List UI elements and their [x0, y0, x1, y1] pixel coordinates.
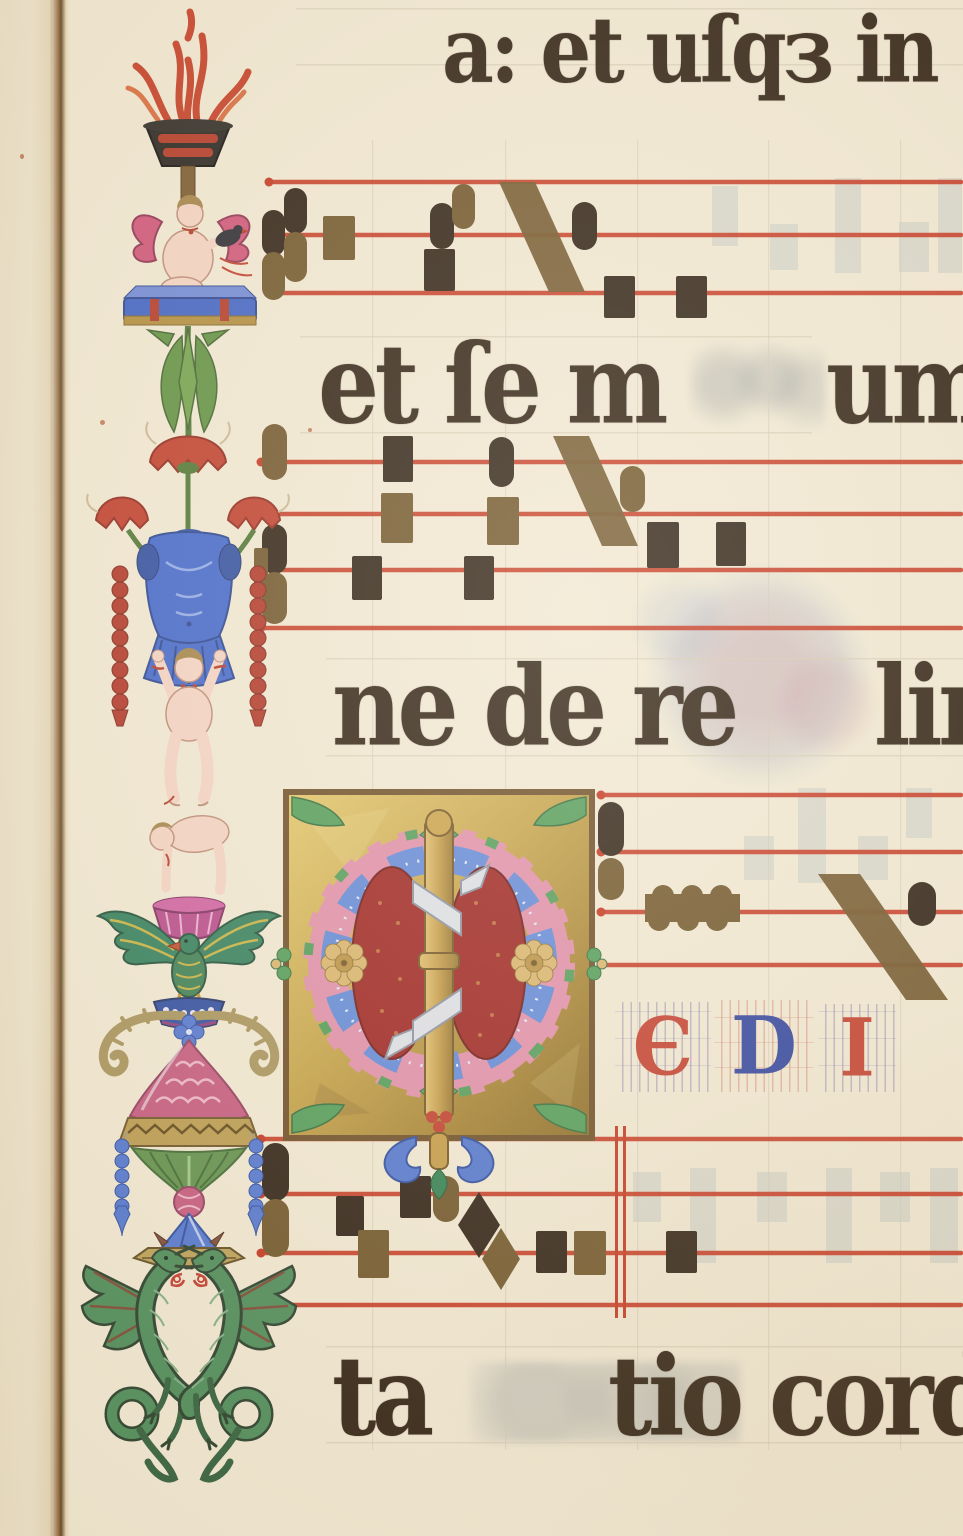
blue-pyramid [160, 1214, 218, 1250]
gold-plinth [134, 1248, 244, 1266]
winged-putto-with-bird [133, 195, 252, 299]
lyric-line-2-left: et ſe m [318, 320, 664, 449]
flame-icon [128, 12, 248, 130]
standing-putto [152, 648, 226, 805]
dragon [82, 1232, 194, 1479]
lyric-line-2-right: um [826, 320, 963, 449]
lyric-line-4-mid: tio cord [608, 1332, 963, 1461]
illuminated-initial-M [280, 783, 598, 1203]
rosette-left [321, 940, 367, 986]
book-cushion [124, 286, 256, 325]
torch-brazier [143, 119, 233, 206]
cadel-letter-i: I [818, 1004, 896, 1092]
bottom-finial [385, 1133, 494, 1199]
cadel-letter-d: D [714, 1000, 814, 1092]
crouching-putto [150, 812, 231, 890]
lyric-line-4-left: ta [332, 1332, 430, 1461]
lyric-line-1: a: et uſqз in [442, 0, 936, 103]
lyric-line-3-left: ne de re [332, 642, 735, 771]
gold-band [118, 1118, 260, 1146]
border-ornament [70, 0, 310, 1536]
manuscript-page: a: et uſqз in et ſe m um ne de re lin ta… [0, 0, 963, 1536]
rosette-right [511, 940, 557, 986]
cadel-letter-e: Є [615, 1002, 711, 1092]
dragon-mirrored [184, 1232, 296, 1479]
pink-scale-cone [130, 1040, 248, 1125]
lyric-line-3-right: lin [874, 642, 963, 771]
central-staff [419, 810, 459, 1133]
